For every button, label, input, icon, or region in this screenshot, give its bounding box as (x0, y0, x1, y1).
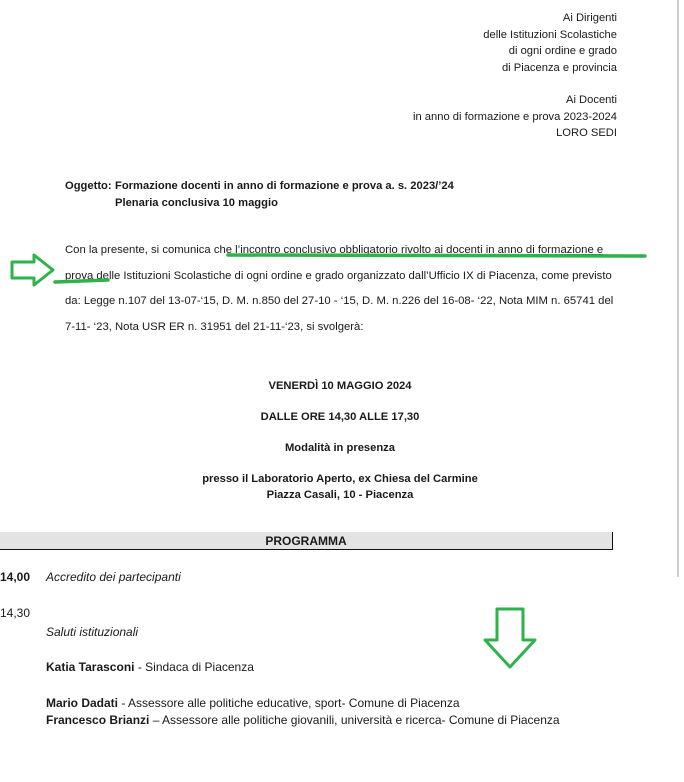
program-time: 14,00 (0, 569, 30, 585)
event-venue: presso il Laboratorio Aperto, ex Chiesa … (100, 471, 580, 487)
addressees-block: Ai Dirigenti delle Istituzioni Scolastic… (297, 10, 617, 142)
addressee-line: di Piacenza e provincia (297, 60, 617, 77)
underlined-text: prova (65, 270, 93, 282)
body-line-1: Con la presente, si comunica che l’incon… (65, 238, 655, 264)
addressee-line: delle Istituzioni Scolastiche (297, 27, 617, 44)
page-edge (677, 0, 679, 577)
body-line-3: da: Legge n.107 del 13-07-‘15, D. M. n.8… (65, 289, 655, 315)
speaker-role: – Assessore alle politiche giovanili, un… (149, 713, 559, 727)
speaker-name: Francesco Brianzi (46, 713, 149, 727)
speaker: Francesco Brianzi – Assessore alle polit… (46, 712, 560, 728)
body-line-2: prova delle Istituzioni Scolastiche di o… (65, 264, 655, 290)
addressee-line: LORO SEDI (297, 125, 617, 142)
event-mode: Modalità in presenza (100, 440, 580, 456)
right-arrow-icon (12, 255, 53, 285)
addressee-line: in anno di formazione e prova 2023-2024 (297, 109, 617, 126)
speaker-name: Mario Dadati (46, 696, 118, 710)
event-date: VENERDÌ 10 MAGGIO 2024 (100, 378, 580, 394)
program-item-title: Accredito dei partecipanti (46, 569, 181, 585)
speaker-name: Katia Tarasconi (46, 660, 134, 674)
addressee-line: Ai Dirigenti (297, 10, 617, 27)
addressee-line: Ai Docenti (297, 92, 617, 109)
program-item-title: Saluti istituzionali (46, 624, 138, 640)
speaker-role: - Sindaca di Piacenza (134, 660, 253, 674)
body-paragraph: Con la presente, si comunica che l’incon… (65, 238, 655, 340)
subject-line-2: Plenaria conclusiva 10 maggio (115, 195, 278, 212)
body-text: delle Istituzioni Scolastiche di ogni or… (93, 270, 611, 282)
program-header: PROGRAMMA (0, 532, 613, 550)
subject-label: Oggetto: (65, 178, 115, 195)
program-time: 14,30 (0, 605, 30, 621)
speaker: Katia Tarasconi - Sindaca di Piacenza (46, 659, 254, 675)
speaker: Mario Dadati - Assessore alle politiche … (46, 695, 460, 711)
underlined-text: l’incontro conclusivo obbligatorio rivol… (235, 244, 603, 256)
down-arrow-icon (485, 609, 535, 667)
addressee-line: di ogni ordine e grado (297, 43, 617, 60)
event-time: DALLE ORE 14,30 ALLE 17,30 (100, 409, 580, 425)
subject-line-1: Formazione docenti in anno di formazione… (115, 178, 454, 195)
speaker-role: - Assessore alle politiche educative, sp… (118, 696, 460, 710)
body-line-4: 7-11- ‘23, Nota USR ER n. 31951 del 21-1… (65, 315, 655, 341)
subject-block: Oggetto: Formazione docenti in anno di f… (65, 178, 454, 211)
event-address: Piazza Casali, 10 - Piacenza (100, 487, 580, 503)
body-text: Con la presente, si comunica che (65, 244, 235, 256)
